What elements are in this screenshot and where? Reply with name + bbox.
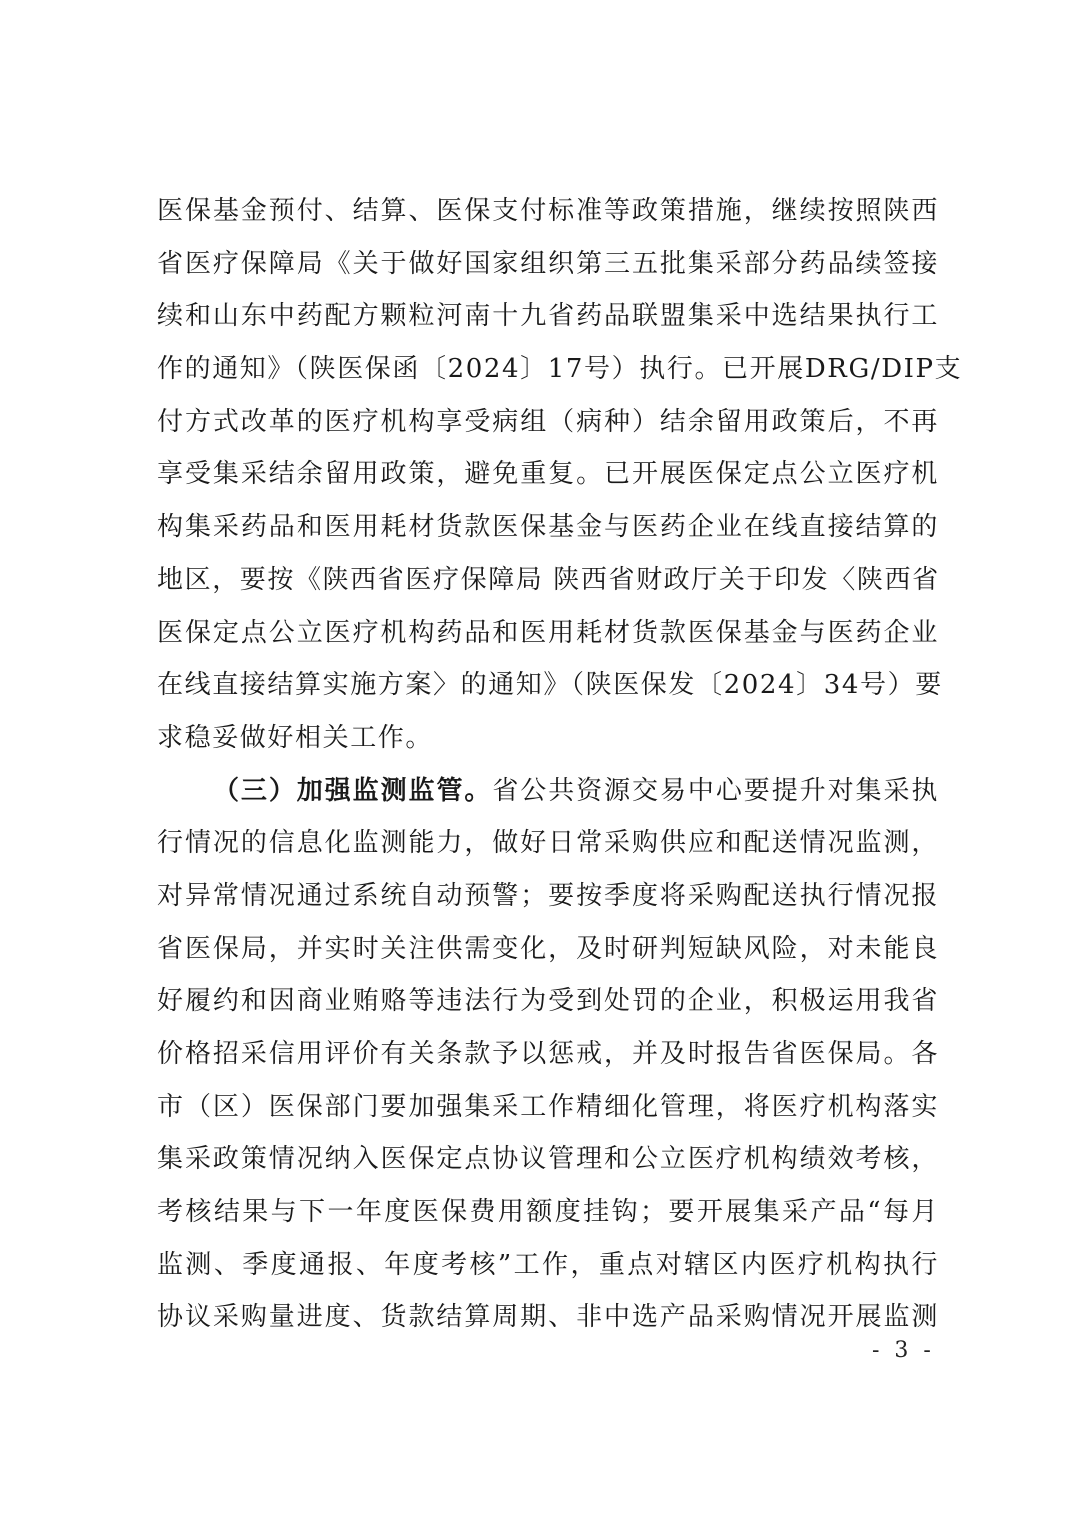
text-line: 监测、季度通报、年度考核”工作，重点对辖区内医疗机构执行	[157, 1239, 939, 1292]
text-line: 好履约和因商业贿赂等违法行为受到处罚的企业，积极运用我省	[157, 975, 939, 1028]
text-line: 享受集采结余留用政策，避免重复。已开展医保定点公立医疗机	[157, 448, 939, 501]
text-line: 医保基金预付、结算、医保支付标准等政策措施，继续按照陕西	[157, 185, 939, 238]
text-line: 付方式改革的医疗机构享受病组（病种）结余留用政策后，不再	[157, 396, 939, 449]
section-heading: （三）加强监测监管。	[213, 776, 492, 806]
paragraph-monitoring: （三）加强监测监管。省公共资源交易中心要提升对集采执 行情况的信息化监测能力，做…	[157, 765, 939, 1345]
text-line: 协议采购量进度、货款结算周期、非中选产品采购情况开展监测	[157, 1291, 939, 1344]
text-line: 省医保局，并实时关注供需变化，及时研判短缺风险，对未能良	[157, 923, 939, 976]
text-line: 在线直接结算实施方案〉的通知》（陕医保发〔2024〕34号）要	[157, 659, 939, 712]
document-body: 医保基金预付、结算、医保支付标准等政策措施，继续按照陕西 省医疗保障局《关于做好…	[157, 185, 939, 1344]
text-line: 集采政策情况纳入医保定点协议管理和公立医疗机构绩效考核，	[157, 1133, 939, 1186]
text-line: 对异常情况通过系统自动预警；要按季度将采购配送执行情况报	[157, 870, 939, 923]
text-line: 省医疗保障局《关于做好国家组织第三五批集采部分药品续签接	[157, 238, 939, 291]
text-line: 考核结果与下一年度医保费用额度挂钩；要开展集采产品“每月	[157, 1186, 939, 1239]
text-line: 作的通知》（陕医保函〔2024〕17号）执行。已开展DRG/DIP支	[157, 343, 939, 396]
text-line: 地区，要按《陕西省医疗保障局 陕西省财政厅关于印发〈陕西省	[157, 554, 939, 607]
page-number: - 3 -	[872, 1338, 935, 1363]
text-line: 构集采药品和医用耗材货款医保基金与医药企业在线直接结算的	[157, 501, 939, 554]
document-page: 医保基金预付、结算、医保支付标准等政策措施，继续按照陕西 省医疗保障局《关于做好…	[0, 0, 1074, 1520]
text-line: 求稳妥做好相关工作。	[157, 712, 939, 765]
section-heading-rest: 省公共资源交易中心要提升对集采执	[492, 776, 939, 806]
paragraph-implementation: 医保基金预付、结算、医保支付标准等政策措施，继续按照陕西 省医疗保障局《关于做好…	[157, 185, 939, 765]
text-line: 医保定点公立医疗机构药品和医用耗材货款医保基金与医药企业	[157, 607, 939, 660]
text-line: 续和山东中药配方颗粒河南十九省药品联盟集采中选结果执行工	[157, 290, 939, 343]
text-line-first: （三）加强监测监管。省公共资源交易中心要提升对集采执	[157, 765, 939, 818]
text-line: 市（区）医保部门要加强集采工作精细化管理，将医疗机构落实	[157, 1081, 939, 1134]
text-line: 行情况的信息化监测能力，做好日常采购供应和配送情况监测，	[157, 817, 939, 870]
text-line: 价格招采信用评价有关条款予以惩戒，并及时报告省医保局。各	[157, 1028, 939, 1081]
